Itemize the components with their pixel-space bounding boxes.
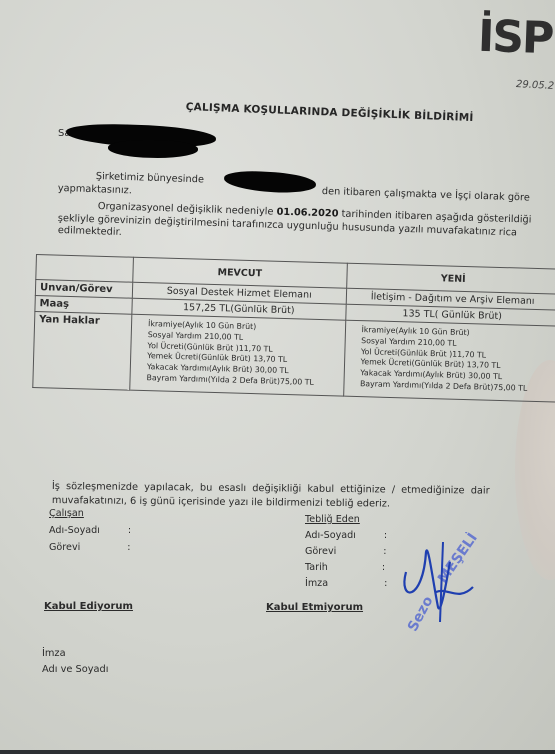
footer-signature-label: İmza — [42, 648, 66, 659]
document-title: ÇALIŞMA KOŞULLARINDA DEĞİŞİKLİK BİLDİRİM… — [186, 101, 474, 124]
document-photo: İSP 29.05.2 ÇALIŞMA KOŞULLARINDA DEĞİŞİK… — [0, 0, 555, 750]
new-benefits: İkramiye(Aylık 10 Gün Brüt) Sosyal Yardı… — [343, 320, 555, 402]
notice-line-1: İş sözleşmenizde yapılacak, bu esaslı de… — [52, 481, 490, 497]
redaction-date — [224, 170, 317, 195]
accept-label: Kabul Ediyorum — [44, 601, 133, 612]
notifier-field-signature: İmza: — [305, 576, 387, 592]
paragraph-1-line-2: yapmaktasınız. — [58, 183, 132, 196]
notifier-heading: Tebliğ Eden — [305, 512, 387, 528]
redaction-name-2 — [108, 140, 198, 158]
bottom-bar — [0, 750, 555, 754]
employee-field-role: Görevi: — [49, 539, 131, 556]
conditions-table: MEVCUT YENİ Unvan/Görev Sosyal Destek Hi… — [30, 254, 555, 469]
current-benefits: İkramiye(Aylık 10 Gün Brüt) Sosyal Yardı… — [130, 314, 346, 396]
row-label-benefits: Yan Haklar — [33, 311, 132, 389]
company-logo: İSP — [477, 11, 553, 65]
paragraph-1-line-1: Şirketimiz bünyesinde — [96, 171, 204, 185]
employee-block: Çalışan Adı-Soyadı: Görevi: — [49, 505, 131, 556]
notifier-block: Tebliğ Eden Adı-Soyadı: Görevi: Tarih: İ… — [305, 512, 387, 592]
signature-stamp-icon: Sezo MEŞELİ — [378, 532, 488, 632]
employee-heading: Çalışan — [49, 505, 131, 522]
table-row: Yan Haklar İkramiye(Aylık 10 Gün Brüt) S… — [33, 311, 555, 401]
paragraph-2-line-3: edilmektedir. — [58, 225, 122, 238]
notifier-field-date: Tarih: — [305, 560, 387, 576]
notifier-field-name: Adı-Soyadı: — [305, 528, 387, 544]
document-date: 29.05.2 — [516, 79, 555, 92]
paragraph-1-line-1-end: den itibaren çalışmakta ve İşçi olarak g… — [322, 186, 530, 204]
effective-date: 01.06.2020 — [276, 207, 338, 220]
footer-name-label: Adı ve Soyadı — [42, 664, 108, 675]
employee-field-name: Adı-Soyadı: — [49, 522, 131, 539]
svg-text:Sezo: Sezo — [405, 593, 437, 632]
header-empty — [36, 255, 134, 283]
reject-label: Kabul Etmiyorum — [266, 602, 363, 613]
notifier-field-role: Görevi: — [305, 544, 387, 560]
